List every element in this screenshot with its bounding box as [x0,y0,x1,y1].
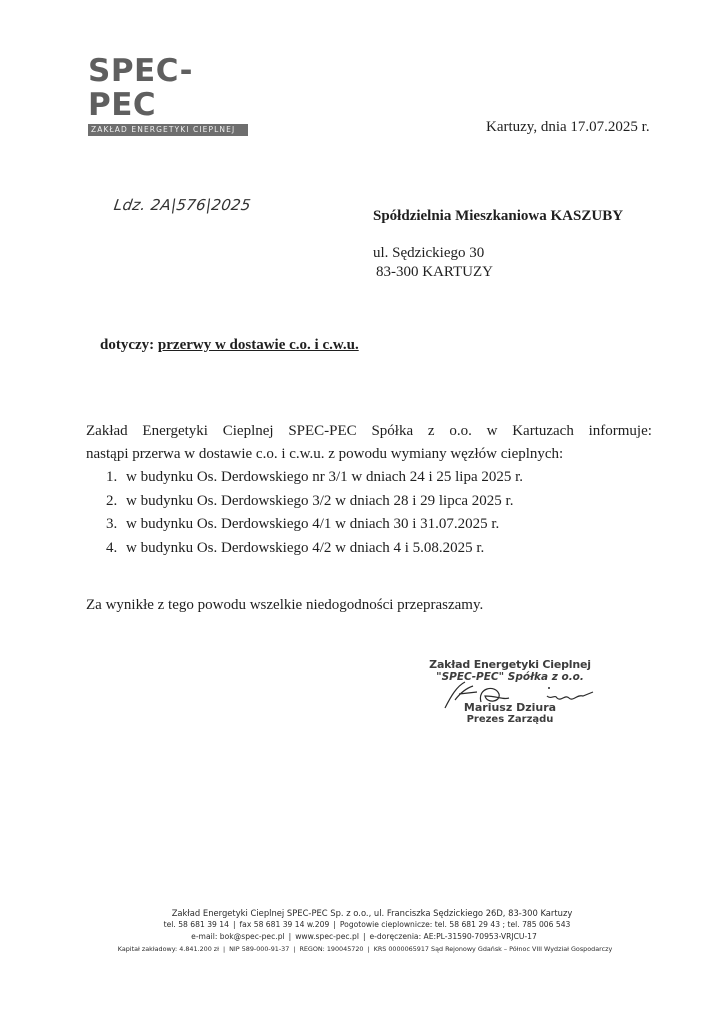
reference-number: Ldz. 2A|576|2025 [113,196,252,214]
list-item: 4.w budynku Os. Derdowskiego 4/2 w dniac… [106,537,652,561]
separator: | [329,920,340,929]
list-item-text: w budynku Os. Derdowskiego 3/2 w dniach … [126,493,513,509]
recipient-name: Spółdzielnia Mieszkaniowa KASZUBY [373,207,623,226]
letter-footer: Zakład Energetyki Cieplnej SPEC-PEC Sp. … [0,907,724,955]
list-item: 3.w budynku Os. Derdowskiego 4/1 w dniac… [106,513,652,537]
company-stamp: Zakład Energetyki Cieplnej "SPEC-PEC" Sp… [425,658,595,726]
intro-word: Energetyki [142,420,208,443]
list-item: 1.w budynku Os. Derdowskiego nr 3/1 w dn… [106,466,652,490]
footer-item: NIP 589-000-91-37 [229,945,289,953]
intro-word: Kartuzach [512,420,574,443]
signatory-role: Prezes Zarządu [425,714,595,726]
list-item-number: 2. [106,490,126,514]
recipient-block: Spółdzielnia Mieszkaniowa KASZUBY ul. Sę… [373,207,623,282]
intro-word: z [428,420,435,443]
footer-registration: Kapitał zakładowy: 4.841.200 zł|NIP 589-… [0,943,724,955]
logo-tagline: ZAKŁAD ENERGETYKI CIEPLNEJ [88,124,248,136]
footer-item: e-doręczenia: AE:PL-31590-70953-VRJCU-17 [370,932,537,941]
intro-word: w [487,420,498,443]
separator: | [285,932,296,941]
company-logo: SPEC-PEC ZAKŁAD ENERGETYKI CIEPLNEJ [88,54,256,136]
list-item: 2.w budynku Os. Derdowskiego 3/2 w dniac… [106,490,652,514]
footer-item: Pogotowie cieplownicze: tel. 58 681 29 4… [340,920,571,929]
list-item-number: 1. [106,466,126,490]
footer-contacts: e-mail: bok@spec-pec.pl|www.spec-pec.pl|… [0,931,724,943]
intro-line-2: nastąpi przerwa w dostawie c.o. i c.w.u.… [86,443,652,466]
footer-item: tel. 58 681 39 14 [164,920,229,929]
list-item-number: 3. [106,513,126,537]
separator: | [219,945,229,953]
subject-label: dotyczy: [100,337,154,353]
signature-icon [437,678,607,712]
intro-word: Zakład [86,420,128,443]
recipient-street: ul. Sędzickiego 30 [373,244,623,263]
signature [425,684,595,706]
letter-body: ZakładEnergetykiCieplnejSPEC-PECSpółkazo… [86,420,652,560]
intro-word: Spółka [371,420,413,443]
separator: | [289,945,299,953]
intro-word: Cieplnej [223,420,274,443]
intro-word: o.o. [449,420,472,443]
intro-line-1: ZakładEnergetykiCieplnejSPEC-PECSpółkazo… [86,420,652,443]
footer-item: REGON: 190045720 [299,945,363,953]
footer-item: e-mail: bok@spec-pec.pl [191,932,285,941]
footer-phones: tel. 58 681 39 14|fax 58 681 39 14 w.209… [0,919,724,931]
recipient-city: 83-300 KARTUZY [373,263,623,282]
intro-word: SPEC-PEC [288,420,356,443]
list-item-text: w budynku Os. Derdowskiego 4/1 w dniach … [126,516,499,532]
separator: | [229,920,240,929]
subject-line: dotyczy: przerwy w dostawie c.o. i c.w.u… [100,337,359,354]
footer-item: Kapitał zakładowy: 4.841.200 zł [118,945,219,953]
footer-item: KRS 0000065917 Sąd Rejonowy Gdańsk – Pół… [374,945,613,953]
list-item-text: w budynku Os. Derdowskiego nr 3/1 w dnia… [126,469,523,485]
logo-wordmark: SPEC-PEC [88,54,256,122]
subject-topic: przerwy w dostawie c.o. i c.w.u. [158,337,359,353]
place-and-date: Kartuzy, dnia 17.07.2025 r. [486,119,650,136]
footer-address: Zakład Energetyki Cieplnej SPEC-PEC Sp. … [0,907,724,919]
list-item-text: w budynku Os. Derdowskiego 4/2 w dniach … [126,540,484,556]
footer-item: www.spec-pec.pl [295,932,359,941]
list-item-number: 4. [106,537,126,561]
stamp-org-line-1: Zakład Energetyki Cieplnej [425,658,595,671]
footer-item: fax 58 681 39 14 w.209 [240,920,330,929]
separator: | [359,932,370,941]
intro-word: informuje: [589,420,652,443]
outage-list: 1.w budynku Os. Derdowskiego nr 3/1 w dn… [86,466,652,560]
closing-sentence: Za wynikłe z tego powodu wszelkie niedog… [86,597,483,614]
separator: | [363,945,373,953]
